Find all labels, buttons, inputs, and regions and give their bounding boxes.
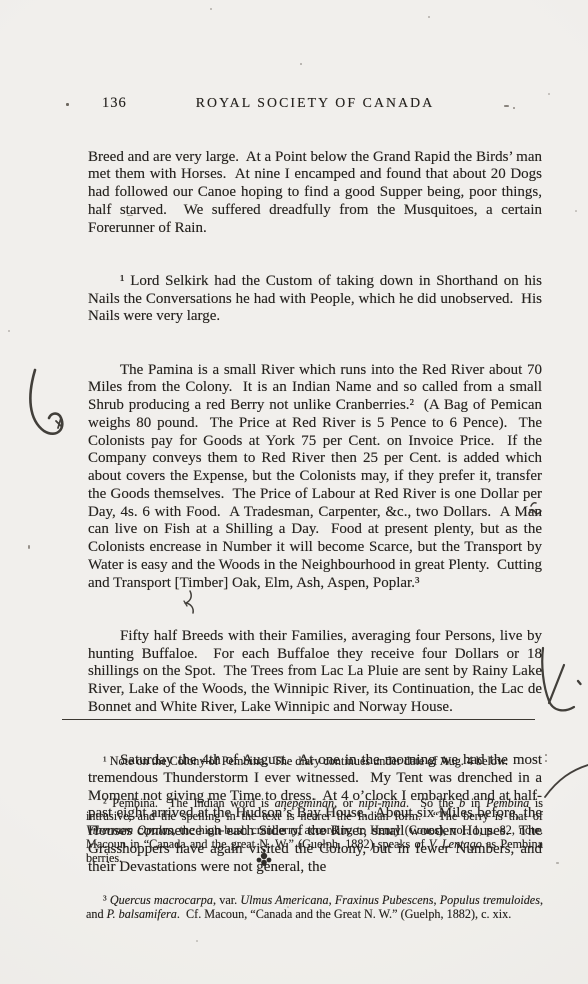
scanned-page: 136 ROYAL SOCIETY OF CANADA Breed and ar… [0, 0, 588, 984]
running-head: ROYAL SOCIETY OF CANADA [88, 95, 542, 111]
footnotes: ¹ Note on the Colony of Pembina. The dia… [86, 727, 543, 950]
margin-slash-mark [549, 665, 564, 703]
footnote-rule [62, 719, 535, 720]
footnote-3: ³ Quercus macrocarpa, var. Ulmus America… [86, 894, 543, 922]
pen-stroke-through-text [542, 648, 574, 710]
paragraph-2: ¹ Lord Selkirk had the Custom of taking … [88, 273, 542, 326]
footnote-2: ² Pembina. The Indian word is anepeminan… [86, 797, 543, 867]
margin-hook-tip [56, 418, 62, 428]
footnote-margin-curve-mark [545, 765, 588, 797]
paragraph-4: Fifty half Breeds with their Families, a… [88, 628, 542, 717]
margin-slash-dot [578, 681, 581, 684]
footnote-1: ¹ Note on the Colony of Pembina. The dia… [86, 755, 543, 769]
margin-hook-mark [30, 370, 62, 434]
running-head-row: 136 ROYAL SOCIETY OF CANADA [88, 95, 542, 113]
paragraph-1: Breed and are very large. At a Point bel… [88, 149, 542, 238]
paragraph-3: The Pamina is a small River which runs i… [88, 362, 542, 593]
